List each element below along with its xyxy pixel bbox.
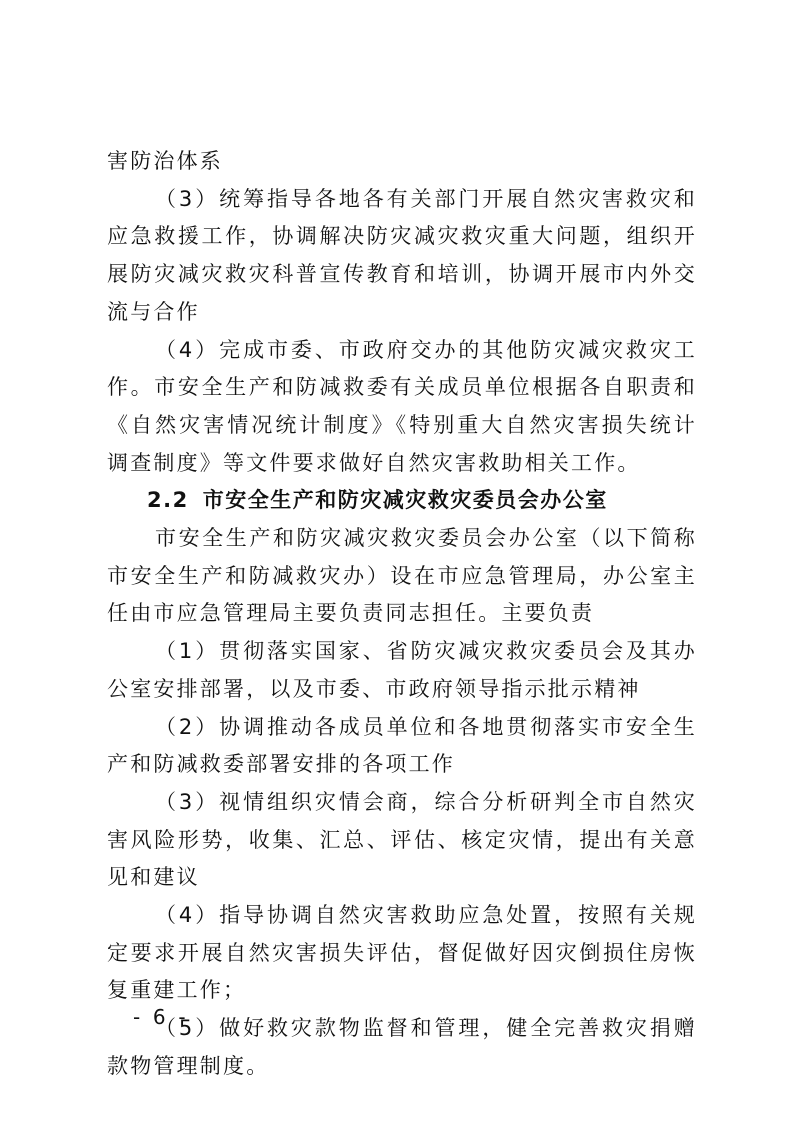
section-heading: 2.2市安全生产和防灾减灾救灾委员会办公室 bbox=[107, 482, 697, 520]
duty-item-3: （3）视情组织灾情会商，综合分析研判全市自然灾害风险形势，收集、汇总、评估、核定… bbox=[107, 784, 697, 897]
section-intro: 市安全生产和防灾减灾救灾委员会办公室（以下简称市安全生产和防减救灾办）设在市应急… bbox=[107, 520, 697, 633]
paragraph-continuation: 害防治体系 bbox=[107, 143, 697, 181]
section-title: 市安全生产和防灾减灾救灾委员会办公室 bbox=[203, 488, 608, 512]
duty-item-4: （4）指导协调自然灾害救助应急处置，按照有关规定要求开展自然灾害损失评估，督促做… bbox=[107, 897, 697, 1010]
duty-item-5: （5）做好救灾款物监督和管理，健全完善救灾捐赠款物管理制度。 bbox=[107, 1010, 697, 1085]
page-content: 害防治体系 （3）统筹指导各地各有关部门开展自然灾害救灾和应急救援工作，协调解决… bbox=[107, 143, 697, 1086]
duty-item-1: （1）贯彻落实国家、省防灾减灾救灾委员会及其办公室安排部署，以及市委、市政府领导… bbox=[107, 633, 697, 708]
list-item-4: （4）完成市委、市政府交办的其他防灾减灾救灾工作。市安全生产和防减救委有关成员单… bbox=[107, 332, 697, 483]
document-page: 害防治体系 （3）统筹指导各地各有关部门开展自然灾害救灾和应急救援工作，协调解决… bbox=[0, 0, 793, 1122]
duty-item-2: （2）协调推动各成员单位和各地贯彻落实市安全生产和防减救委部署安排的各项工作 bbox=[107, 709, 697, 784]
section-number: 2.2 bbox=[147, 488, 189, 512]
page-number: - 6 - bbox=[133, 1005, 186, 1029]
list-item-3: （3）统筹指导各地各有关部门开展自然灾害救灾和应急救援工作，协调解决防灾减灾救灾… bbox=[107, 181, 697, 332]
